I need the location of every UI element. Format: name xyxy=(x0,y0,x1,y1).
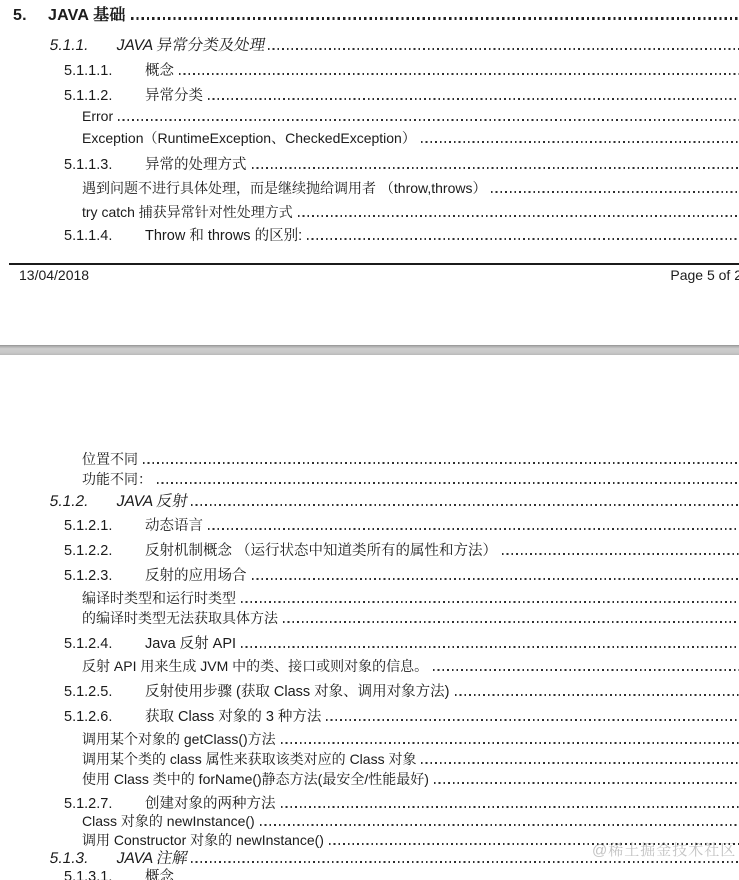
toc-row[interactable]: 编译时类型和运行时类型 xyxy=(82,590,739,608)
dotted-leader xyxy=(241,601,739,603)
toc-label: 创建对象的两种方法 xyxy=(145,795,276,813)
toc-number: 5.1.2.2. xyxy=(64,542,145,560)
toc-row[interactable]: 5.1.1.3.异常的处理方式 xyxy=(64,156,739,174)
toc-row[interactable]: 5.JAVA 基础 xyxy=(13,6,739,26)
toc-row[interactable]: 位置不同 xyxy=(82,451,739,469)
toc-number: 5.1.2.3. xyxy=(64,567,145,585)
dotted-leader xyxy=(260,824,739,826)
toc-number: 5.1.1.1. xyxy=(64,62,145,80)
toc-row[interactable]: Exception（RuntimeException、CheckedExcept… xyxy=(82,130,739,148)
toc-row[interactable]: Error xyxy=(82,108,739,126)
toc-row[interactable]: 5.1.3.JAVA 注解 xyxy=(48,849,739,868)
dotted-leader xyxy=(326,719,739,721)
toc-label: 调用某个类的 class 属性来获取该类对应的 Class 对象 xyxy=(82,751,416,769)
toc-label: 使用 Class 类中的 forName()静态方法(最安全/性能最好) xyxy=(82,771,429,789)
toc-row[interactable]: 5.1.2.7.创建对象的两种方法 xyxy=(64,795,739,813)
footer-page-label: Page 5 of 2 xyxy=(670,267,739,283)
dotted-leader xyxy=(329,843,739,845)
toc-label: 动态语言 xyxy=(145,517,203,535)
toc-label: JAVA 基础 xyxy=(48,6,126,26)
toc-label: 异常的处理方式 xyxy=(145,156,247,174)
dotted-leader xyxy=(502,553,739,555)
toc-row[interactable]: 遇到问题不进行具体处理，而是继续抛给调用者 （throw,throws） xyxy=(82,180,739,198)
dotted-leader xyxy=(455,694,739,696)
toc-label: 遇到问题不进行具体处理，而是继续抛给调用者 （throw,throws） xyxy=(82,180,486,198)
toc-row[interactable]: 5.1.1.4.Throw 和 throws 的区别: xyxy=(64,227,739,245)
toc-row[interactable]: try catch 捕获异常针对性处理方式 xyxy=(82,204,739,222)
toc-row[interactable]: 调用某个对象的 getClass()方法 xyxy=(82,731,739,749)
toc-row[interactable]: 5.1.1.JAVA 异常分类及处理 xyxy=(48,36,739,55)
toc-row[interactable]: 5.1.2.1.动态语言 xyxy=(64,517,739,535)
dotted-leader xyxy=(252,167,739,169)
toc-label: Class 对象的 newInstance() xyxy=(82,813,255,831)
dotted-leader xyxy=(491,191,739,193)
footer-date: 13/04/2018 xyxy=(19,267,89,283)
dotted-leader xyxy=(179,73,739,75)
toc-label: 反射使用步骤 (获取 Class 对象、调用对象方法) xyxy=(145,683,450,701)
toc-row[interactable]: 5.1.2.3.反射的应用场合 xyxy=(64,567,739,585)
toc-label: Error xyxy=(82,108,113,126)
toc-label: Exception（RuntimeException、CheckedExcept… xyxy=(82,130,416,148)
dotted-leader xyxy=(421,762,739,764)
toc-label: 反射机制概念 （运行状态中知道类所有的属性和方法） xyxy=(145,542,497,560)
toc-label: 反射 API 用来生成 JVM 中的类、接口或则对象的信息。 xyxy=(82,658,428,676)
document-view: 5.JAVA 基础5.1.1.JAVA 异常分类及处理5.1.1.1.概念5.1… xyxy=(0,0,739,880)
toc-number: 5.1.1.2. xyxy=(64,87,145,105)
footer-divider xyxy=(9,263,739,265)
toc-label: 位置不同 xyxy=(82,451,138,469)
toc-number: 5. xyxy=(13,6,48,26)
toc-label: 的编译时类型无法获取具体方法 xyxy=(82,610,278,628)
dotted-leader xyxy=(143,462,739,464)
toc-label: 调用 Constructor 对象的 newInstance() xyxy=(82,832,324,850)
toc-label: Java 反射 API xyxy=(145,635,236,653)
dotted-leader xyxy=(241,646,739,648)
toc-label: JAVA 反射 xyxy=(115,492,189,511)
dotted-leader xyxy=(298,215,739,217)
dotted-leader xyxy=(131,17,739,20)
toc-number: 5.1.2.7. xyxy=(64,795,145,813)
dotted-leader xyxy=(421,141,739,143)
toc-label: 编译时类型和运行时类型 xyxy=(82,590,236,608)
dotted-leader xyxy=(268,48,739,50)
dotted-leader xyxy=(281,806,739,808)
toc-label: 概念 xyxy=(145,62,174,80)
toc-label: 调用某个对象的 getClass()方法 xyxy=(82,731,276,749)
dotted-leader xyxy=(281,742,739,744)
dotted-leader xyxy=(157,482,739,484)
toc-label: try catch 捕获异常针对性处理方式 xyxy=(82,204,293,222)
toc-number: 5.1.1. xyxy=(48,36,118,55)
dotted-leader xyxy=(208,98,739,100)
dotted-leader xyxy=(208,528,739,530)
dotted-leader xyxy=(283,621,739,623)
toc-row[interactable]: 使用 Class 类中的 forName()静态方法(最安全/性能最好) xyxy=(82,771,739,789)
toc-row[interactable]: 5.1.2.5.反射使用步骤 (获取 Class 对象、调用对象方法) xyxy=(64,683,739,701)
toc-label: 概念 xyxy=(145,868,174,880)
toc-label: 反射的应用场合 xyxy=(145,567,247,585)
page-separator xyxy=(0,345,739,355)
toc-row[interactable]: Class 对象的 newInstance() xyxy=(82,813,739,831)
dotted-leader xyxy=(191,861,739,863)
toc-label: JAVA 注解 xyxy=(115,849,189,868)
toc-row[interactable]: 5.1.2.4.Java 反射 API xyxy=(64,635,739,653)
dotted-leader xyxy=(191,504,739,506)
toc-number: 5.1.2.4. xyxy=(64,635,145,653)
toc-row[interactable]: 5.1.2.2.反射机制概念 （运行状态中知道类所有的属性和方法） xyxy=(64,542,739,560)
toc-number: 5.1.2.6. xyxy=(64,708,145,726)
toc-row[interactable]: 功能不同： xyxy=(82,471,739,489)
toc-row[interactable]: 5.1.2.JAVA 反射 xyxy=(48,492,739,511)
dotted-leader xyxy=(118,119,739,121)
toc-number: 5.1.1.3. xyxy=(64,156,145,174)
toc-row[interactable]: 反射 API 用来生成 JVM 中的类、接口或则对象的信息。 xyxy=(82,658,739,676)
toc-number: 5.1.3.1. xyxy=(64,868,145,880)
toc-number: 5.1.2.1. xyxy=(64,517,145,535)
toc-row[interactable]: 调用某个类的 class 属性来获取该类对应的 Class 对象 xyxy=(82,751,739,769)
toc-label: 异常分类 xyxy=(145,87,203,105)
toc-number: 5.1.1.4. xyxy=(64,227,145,245)
toc-number: 5.1.3. xyxy=(48,849,118,868)
dotted-leader xyxy=(252,578,739,580)
dotted-leader xyxy=(434,782,739,784)
toc-row[interactable]: 5.1.1.1.概念 xyxy=(64,62,739,80)
toc-number: 5.1.2. xyxy=(48,492,118,511)
dotted-leader xyxy=(307,238,739,240)
toc-row[interactable]: 5.1.3.1.概念 xyxy=(64,868,739,880)
toc-row[interactable]: 5.1.2.6.获取 Class 对象的 3 种方法 xyxy=(64,708,739,726)
dotted-leader xyxy=(433,669,739,671)
toc-label: 获取 Class 对象的 3 种方法 xyxy=(145,708,321,726)
toc-row[interactable]: 调用 Constructor 对象的 newInstance() xyxy=(82,832,739,850)
toc-row[interactable]: 的编译时类型无法获取具体方法 xyxy=(82,610,739,628)
toc-number: 5.1.2.5. xyxy=(64,683,145,701)
toc-row[interactable]: 5.1.1.2.异常分类 xyxy=(64,87,739,105)
toc-label: Throw 和 throws 的区别: xyxy=(145,227,302,245)
toc-label: 功能不同： xyxy=(82,471,152,489)
toc-label: JAVA 异常分类及处理 xyxy=(115,36,267,55)
